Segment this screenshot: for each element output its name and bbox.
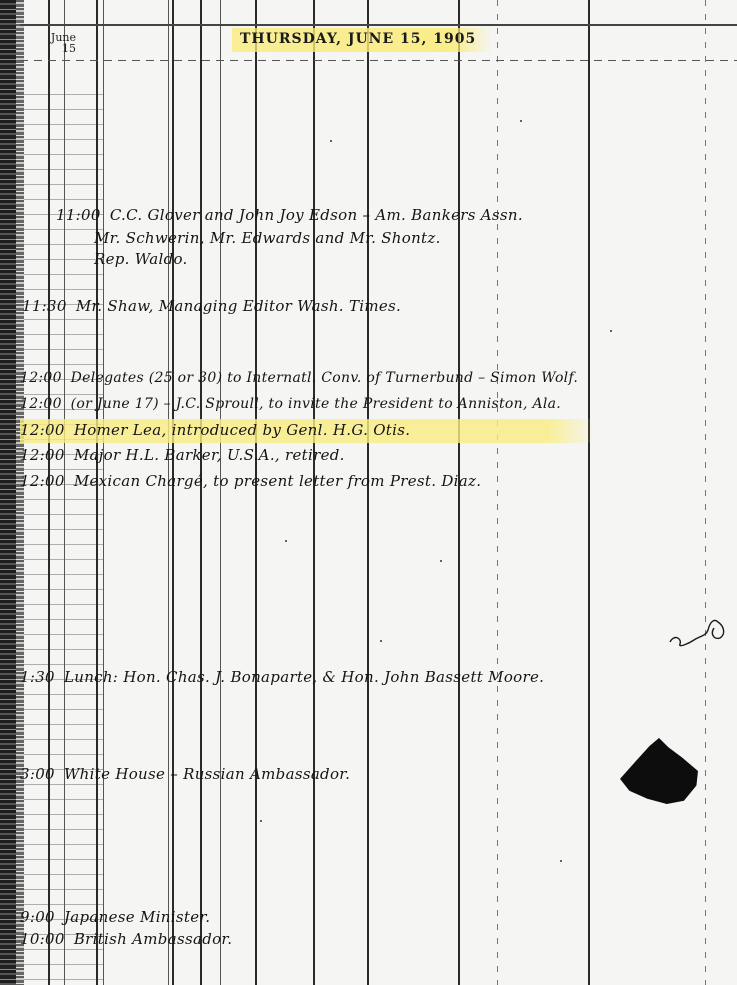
entry-time: 10:00 (20, 930, 65, 948)
entry-300-white-house: 3:00 White House – Russian Ambassador. (20, 765, 350, 783)
diary-page: June 15 THURSDAY, JUNE 15, 1905 11:00 C.… (0, 0, 737, 985)
entry-1200-barker: 12:00 Major H.L. Barker, U.S.A., retired… (20, 446, 345, 464)
column-rule (64, 0, 65, 985)
entry-1100-line3: Rep. Waldo. (94, 250, 188, 268)
column-rule (313, 0, 315, 985)
ink-blot (620, 738, 698, 804)
column-rule (497, 0, 498, 985)
column-rule (48, 0, 50, 985)
margin-date: June 15 (28, 32, 76, 54)
entry-text: Japanese Minister. (64, 908, 210, 926)
column-rule (220, 0, 221, 985)
entry-time: 11:30 (22, 297, 67, 315)
column-rule (367, 0, 369, 985)
column-rule (458, 0, 460, 985)
column-rule (255, 0, 257, 985)
entry-1200-homer-lea: 12:00 Homer Lea, introduced by Genl. H.G… (20, 421, 410, 439)
entry-text: (or June 17) – J.C. Sproull, to invite t… (71, 396, 561, 412)
entry-1100: 11:00 C.C. Glover and John Joy Edson – A… (56, 206, 523, 224)
entry-1200-mexican-charge: 12:00 Mexican Chargé, to present letter … (20, 472, 481, 490)
entry-time: 1:30 (20, 668, 55, 686)
column-rule (588, 0, 590, 985)
entry-text: Lunch: Hon. Chas. J. Bonaparte, & Hon. J… (64, 668, 544, 686)
header-rule (20, 24, 737, 26)
entry-1200-delegates: 12:00 Delegates (25 or 30) to Internatl.… (20, 370, 578, 386)
column-rule (103, 0, 104, 985)
entry-1100-line2: Mr. Schwerin, Mr. Edwards and Mr. Shontz… (94, 229, 441, 247)
column-rule (200, 0, 202, 985)
entry-text: Delegates (25 or 30) to Internatl. Conv.… (71, 370, 579, 386)
entry-1200-sproull: 12:00 (or June 17) – J.C. Sproull, to in… (20, 396, 561, 412)
entry-text: C.C. Glover and John Joy Edson – Am. Ban… (110, 206, 523, 224)
entry-text: White House – Russian Ambassador. (64, 765, 350, 783)
scan-speck (260, 820, 262, 822)
scan-speck (520, 120, 522, 122)
entry-time: 12:00 (20, 446, 65, 464)
entry-text: Mr. Schwerin, Mr. Edwards and Mr. Shontz… (94, 229, 441, 247)
entry-time: 12:00 (20, 421, 65, 439)
entry-text: Major H.L. Barker, U.S.A., retired. (74, 446, 345, 464)
entry-time: 3:00 (20, 765, 55, 783)
scan-speck (440, 560, 442, 562)
binding-edge (0, 0, 16, 985)
scan-speck (380, 640, 382, 642)
entry-time: 9:00 (20, 908, 55, 926)
scan-speck (610, 330, 612, 332)
entry-1000-british-ambassador: 10:00 British Ambassador. (20, 930, 232, 948)
entry-text: Mexican Chargé, to present letter from P… (74, 472, 481, 490)
column-rule (172, 0, 174, 985)
margin-day: 15 (28, 43, 76, 54)
margin-scribble-icon (668, 616, 728, 650)
entry-text: Rep. Waldo. (94, 250, 188, 268)
entry-text: Homer Lea, introduced by Genl. H.G. Otis… (74, 421, 410, 439)
column-rule (168, 0, 169, 985)
entry-text: British Ambassador. (74, 930, 233, 948)
entry-time: 12:00 (20, 370, 62, 386)
binding-shadow (16, 0, 24, 985)
page-title: THURSDAY, JUNE 15, 1905 (232, 28, 492, 52)
header-rule (20, 60, 737, 61)
column-rule (96, 0, 98, 985)
scan-speck (285, 540, 287, 542)
entry-text: Mr. Shaw, Managing Editor Wash. Times. (76, 297, 401, 315)
entry-time: 12:00 (20, 472, 65, 490)
entry-1130: 11:30 Mr. Shaw, Managing Editor Wash. Ti… (22, 297, 401, 315)
column-rule (705, 0, 706, 985)
scan-speck (560, 860, 562, 862)
entry-time: 12:00 (20, 396, 62, 412)
entry-130-lunch: 1:30 Lunch: Hon. Chas. J. Bonaparte, & H… (20, 668, 544, 686)
scan-speck (330, 140, 332, 142)
entry-900-japanese-minister: 9:00 Japanese Minister. (20, 908, 210, 926)
entry-time: 11:00 (56, 206, 101, 224)
